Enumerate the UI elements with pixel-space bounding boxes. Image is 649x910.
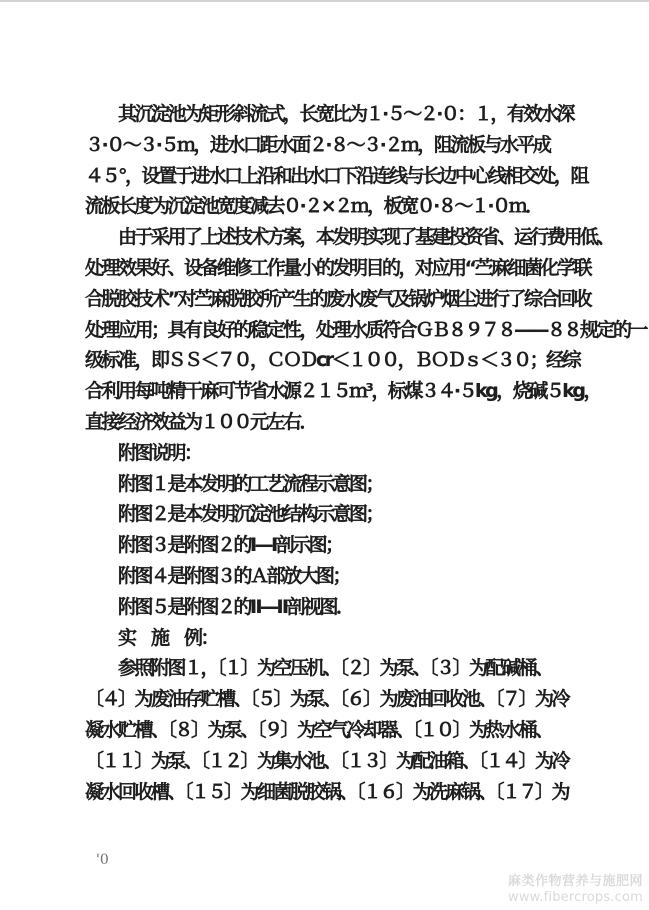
text-line: 〔１１〕为泵、〔１２〕为集水池、〔１３〕为配油箱、〔１４〕为冷 bbox=[85, 746, 595, 777]
site-watermark: 麻类作物营养与施肥网 www.fibercrops.com bbox=[508, 874, 643, 906]
text-line: 其沉淀池为矩形斜流式，长宽比为１·５～２·０：１，有效水深 bbox=[85, 99, 595, 130]
text-line: 附图４是附图３的Ａ部放大图； bbox=[85, 561, 595, 592]
text-line: 级标准，即ＳＳ＜７０，ＣＯＤcr＜１００，ＢＯＤｓ＜３０；经综 bbox=[85, 345, 595, 376]
scanned-document-page: 其沉淀池为矩形斜流式，长宽比为１·５～２·０：１，有效水深３·０～３·５ｍ，进水… bbox=[0, 0, 649, 910]
text-line: ４５°，设置于进水口上沿和出水口下沿连线与长边中心线相交处，阻 bbox=[85, 161, 595, 192]
page-number: '0 bbox=[96, 852, 109, 868]
text-line: 处理效果好、设备维修工作量小的发明目的，对应用“苎麻细菌化学联 bbox=[85, 253, 595, 284]
text-line: 直接经济效益为１００元左右． bbox=[85, 407, 595, 438]
text-line: 附图２是本发明沉淀池结构示意图； bbox=[85, 499, 595, 530]
document-text-block: 其沉淀池为矩形斜流式，长宽比为１·５～２·０：１，有效水深３·０～３·５ｍ，进水… bbox=[85, 99, 595, 807]
text-line: 附图５是附图２的Ⅱ—Ⅱ剖视图． bbox=[85, 592, 595, 623]
watermark-site-name: 麻类作物营养与施肥网 bbox=[508, 874, 643, 890]
text-line: 参照附图１，〔１〕为空压机、〔２〕为泵、〔３〕为配碱桶、 bbox=[85, 653, 595, 684]
text-line: 由于采用了上述技术方案，本发明实现了基建投资省、运行费用低、 bbox=[85, 222, 595, 253]
text-line: ３·０～３·５ｍ，进水口距水面２·８～３·２ｍ，阻流板与水平成 bbox=[85, 130, 595, 161]
text-line: 附图说明： bbox=[85, 438, 595, 469]
text-line: 凝水回收槽、〔１５〕为细菌脱胶锅、〔１６〕为洗麻锅、〔１７〕为 bbox=[85, 777, 595, 808]
text-line: 附图３是附图２的Ⅰ—Ⅰ剖示图； bbox=[85, 530, 595, 561]
text-line: 〔４〕为废油存贮槽、〔５〕为泵、〔６〕为废油回收池、〔７〕为冷 bbox=[85, 684, 595, 715]
text-line: 处理应用；具有良好的稳定性，处理水质符合ＧＢ８９７８——８８规定的一 bbox=[85, 315, 595, 346]
text-line: 附图１是本发明的工艺流程示意图； bbox=[85, 469, 595, 500]
watermark-site-url: www.fibercrops.com bbox=[508, 890, 643, 906]
text-line: 流板长度为沉淀池宽度减去０·２×２ｍ，板宽０·８～１·０ｍ． bbox=[85, 191, 595, 222]
text-line: 合利用每吨精干麻可节省水源２１５ｍ³，标煤３４·５kg，烧碱５kg， bbox=[85, 376, 595, 407]
text-line: 合脱胶技术”对苎麻脱胶所产生的废水废气及锅炉烟尘进行了综合回收 bbox=[85, 284, 595, 315]
text-line: 实 施 例： bbox=[85, 623, 595, 654]
text-line: 凝水贮槽、〔８〕为泵、〔９〕为空气冷却器、〔１０〕为热水桶、 bbox=[85, 715, 595, 746]
